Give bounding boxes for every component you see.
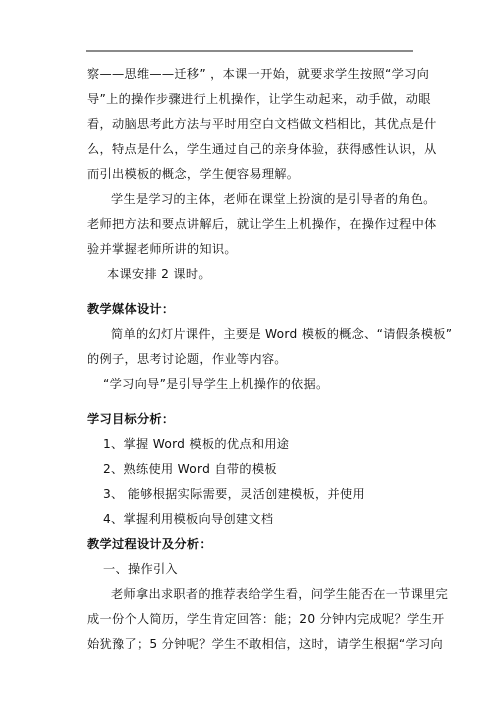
header-rule: [86, 50, 413, 52]
body-line: 导”上的操作步骤进行上机操作，让学生动起来，动手做，动眼: [87, 91, 431, 107]
body-line: 看，动脑思考此方法与平时用空白文档做文档相比，其优点是什: [87, 116, 437, 132]
goal-item: 1、掌握 Word 模板的优点和用途: [103, 436, 289, 452]
subheading-intro: 一、操作引入: [103, 561, 178, 577]
body-line: 始犹豫了；5 分钟呢？学生不敢相信，这时，请学生根据“学习向: [87, 636, 443, 652]
body-line: 察——思维——迁移” ，本课一开始，就要求学生按照“学习向: [87, 66, 429, 82]
lesson-hours: 本课安排 2 课时。: [107, 266, 211, 282]
section-heading-process: 教学过程设计及分析：: [87, 536, 212, 552]
body-line: 的例子，思考讨论题，作业等内容。: [87, 351, 287, 367]
goal-item: 3、 能够根据实际需要，灵活创建模板，并使用: [103, 486, 365, 502]
body-line: 而引出模板的概念，学生便容易理解。: [87, 166, 299, 182]
body-line: 学生是学习的主体，老师在课堂上扮演的是引导者的角色。: [111, 191, 436, 207]
body-line: “学习向导”是引导学生上机操作的依据。: [103, 376, 329, 392]
goal-item: 2、熟练使用 Word 自带的模板: [103, 461, 277, 477]
goal-item: 4、掌握利用模板向导创建文档: [103, 511, 273, 527]
section-heading-media: 教学媒体设计：: [87, 301, 174, 317]
body-line: 老师拿出求职者的推荐表给学生看，问学生能否在一节课里完: [111, 586, 448, 602]
body-line: 简单的幻灯片课件，主要是 Word 模板的概念、“请假条模板”: [111, 326, 452, 342]
body-line: 么，特点是什么，学生通过自己的亲身体验，获得感性认识，从: [87, 141, 437, 157]
body-line: 成一份个人简历，学生肯定回答：能；20 分钟内完成呢？学生开: [87, 611, 444, 627]
body-line: 验并掌握老师所讲的知识。: [87, 241, 237, 257]
body-line: 老师把方法和要点讲解后，就让学生上机操作，在操作过程中体: [87, 216, 437, 232]
section-heading-goals: 学习目标分析：: [87, 411, 174, 427]
